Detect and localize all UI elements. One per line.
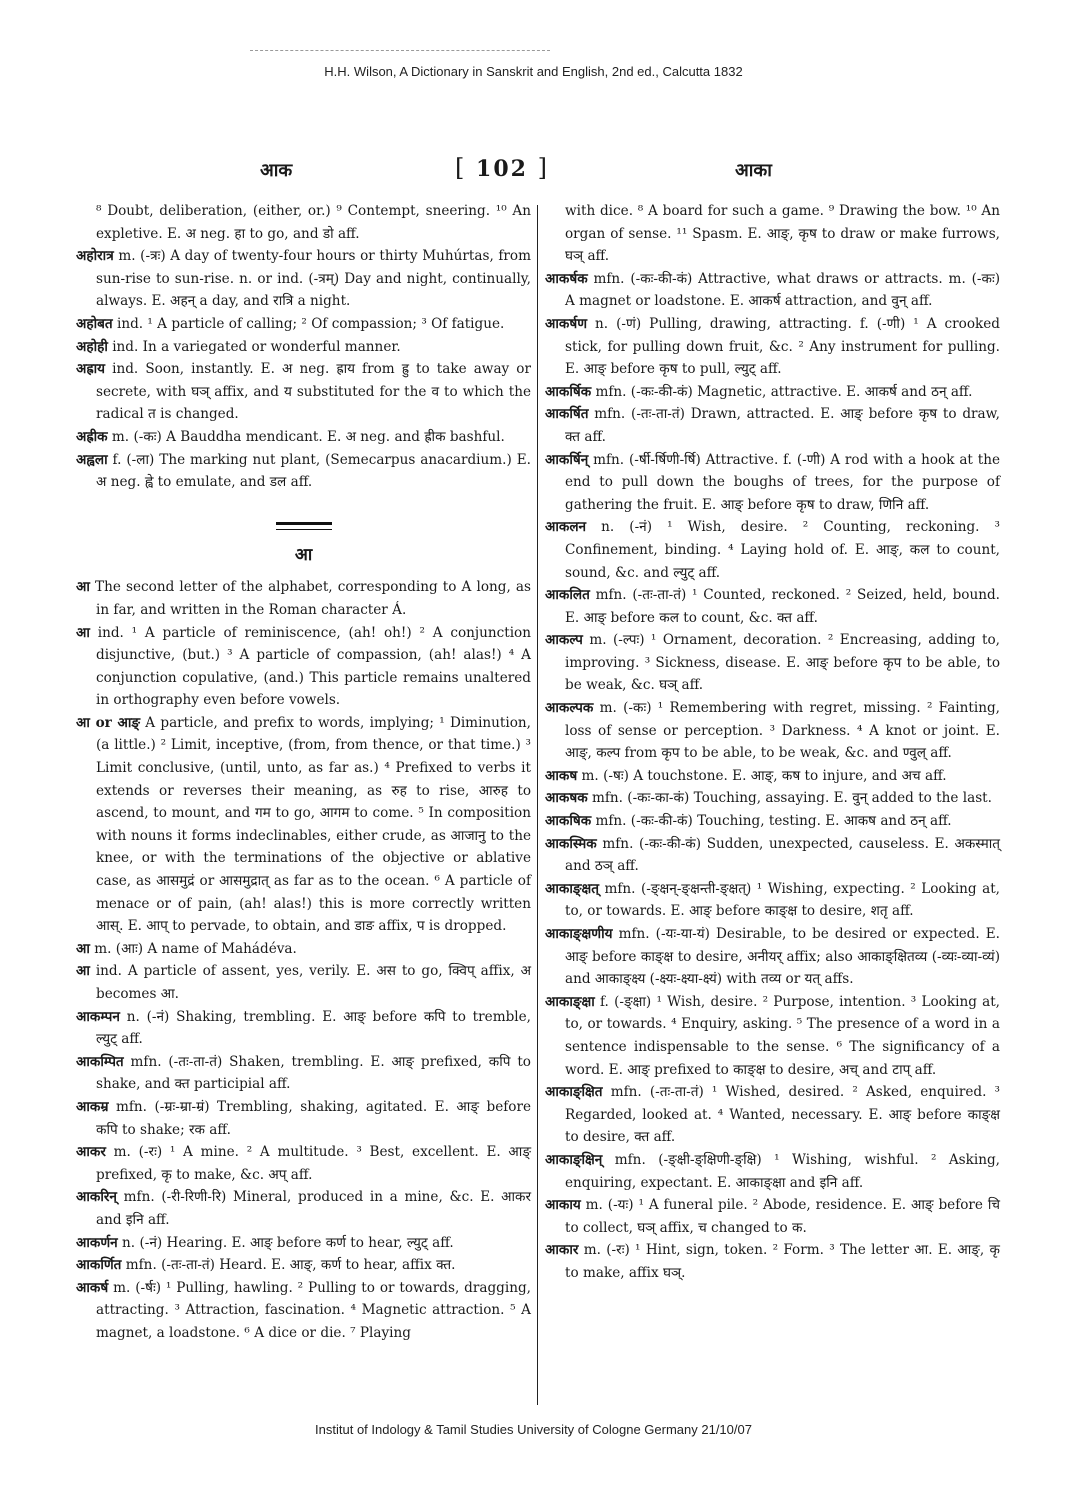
dictionary-entry: आकरिन् mfn. (-री-रिणी-रि) Mineral, produ… [76, 1186, 531, 1231]
section-letter: आ [76, 544, 531, 567]
entry-definition: ind. Soon, instantly. E. अ neg. ह्राय fr… [96, 361, 531, 422]
entry-definition: mfn. (-कः-की-कं) Attractive, what draws … [565, 271, 1000, 310]
entry-definition: mfn. (-म्रः-म्रा-म्रं) Trembling, shakin… [96, 1099, 531, 1138]
dictionary-entry: आकलन n. (-नं) ¹ Wish, desire. ² Counting… [545, 516, 1000, 584]
entry-headword: आकर्षण [545, 316, 587, 332]
entry-headword: आकर्ष [76, 1280, 108, 1296]
dictionary-entry: आकर्षिन् mfn. (-र्षी-र्षिणी-र्षि) Attrac… [545, 449, 1000, 517]
dictionary-entry: आकाङ्क्षिन् mfn. (-ङ्क्षी-ङ्क्षिणी-ङ्क्ष… [545, 1149, 1000, 1194]
dictionary-entry: आकाङ्क्षा f. (-ङ्क्षा) ¹ Wish, desire. ²… [545, 991, 1000, 1081]
dictionary-entry: आकषक mfn. (-कः-का-कं) Touching, assaying… [545, 787, 1000, 810]
entry-definition: mfn. (-कः-की-कं) Magnetic, attractive. E… [595, 384, 972, 400]
entry-headword: आकर्षित [545, 406, 588, 422]
page-number: [ 102 ] [455, 154, 549, 182]
dictionary-entry: अह्वला f. (-ला) The marking nut plant, (… [76, 449, 531, 494]
source-header: H.H. Wilson, A Dictionary in Sanskrit an… [0, 64, 1067, 79]
entry-definition: mfn. (-कः-की-कं) Touching, testing. E. आ… [595, 813, 951, 829]
entry-definition: with dice. ⁸ A board for such a game. ⁹ … [565, 203, 1000, 264]
entry-headword: आकाङ्क्षत् [545, 881, 599, 897]
entry-definition: m. (-ल्पः) ¹ Ornament, decoration. ² Enc… [565, 632, 1000, 693]
entry-headword: आकर्षिन् [545, 452, 588, 468]
dictionary-entry: आकषिक mfn. (-कः-की-कं) Touching, testing… [545, 810, 1000, 833]
entry-definition: n. (-नं) Hearing. E. आङ् before कर्ण to … [122, 1235, 454, 1251]
entry-headword: अहोबत [76, 316, 113, 332]
entry-headword: आकष [545, 768, 577, 784]
dictionary-entry: आकर्षिक mfn. (-कः-की-कं) Magnetic, attra… [545, 381, 1000, 404]
entry-definition: mfn. (-ङ्क्षन्-ङ्क्षन्ती-ङ्क्षत्) ¹ Wish… [565, 881, 1000, 920]
entry-headword: आकल्प [545, 632, 583, 648]
entry-headword: आकषिक [545, 813, 591, 829]
entry-headword: अहोही [76, 339, 108, 355]
entry-definition: m. (-र्षः) ¹ Pulling, hawling. ² Pulling… [96, 1280, 531, 1341]
dictionary-entry: आकर्षण n. (-णं) Pulling, drawing, attrac… [545, 313, 1000, 381]
entry-headword: अह्राय [76, 361, 105, 377]
dictionary-entry: आकर्षक mfn. (-कः-की-कं) Attractive, what… [545, 268, 1000, 313]
entry-headword: आकलित [545, 587, 590, 603]
running-head-right-word: आका [735, 158, 772, 182]
entry-definition: mfn. (-कः-का-कं) Touching, assaying. E. … [592, 790, 992, 806]
entry-headword: आकर्णन [76, 1235, 118, 1251]
entry-definition: m. (-रः) ¹ A mine. ² A multitude. ³ Best… [96, 1144, 531, 1183]
entry-headword: आकस्मिक [545, 836, 597, 852]
dictionary-entry: आकम्पन n. (-नं) Shaking, trembling. E. आ… [76, 1006, 531, 1051]
dictionary-entry: आ m. (आः) A name of Mahádéva. [76, 938, 531, 961]
dictionary-entry: आ The second letter of the alphabet, cor… [76, 576, 531, 621]
right-column: with dice. ⁸ A board for such a game. ⁹ … [545, 200, 1000, 1285]
dictionary-entry: ⁸ Doubt, deliberation, (either, or.) ⁹ C… [76, 200, 531, 245]
dictionary-entry: आकार m. (-रः) ¹ Hint, sign, token. ² For… [545, 1239, 1000, 1284]
dictionary-entry: आकम्पित mfn. (-तः-ता-तं) Shaken, trembli… [76, 1051, 531, 1096]
dictionary-entry: आ ind. A particle of assent, yes, verily… [76, 960, 531, 1005]
entry-headword: आकार [545, 1242, 578, 1258]
dictionary-entry: आकल्प m. (-ल्पः) ¹ Ornament, decoration.… [545, 629, 1000, 697]
entry-headword: आकम्पित [76, 1054, 124, 1070]
running-head-left-word: आक [260, 158, 292, 182]
entry-headword: आकाङ्क्षित [545, 1084, 603, 1100]
top-scan-line [250, 50, 550, 51]
entry-headword: आकाय [545, 1197, 581, 1213]
entry-headword: आकर [76, 1144, 106, 1160]
dictionary-entry: आकर्णित mfn. (-तः-ता-तं) Heard. E. आङ्, … [76, 1254, 531, 1277]
dictionary-entry: आकम्र mfn. (-म्रः-म्रा-म्रं) Trembling, … [76, 1096, 531, 1141]
entry-definition: mfn. (-री-रिणी-रि) Mineral, produced in … [96, 1189, 531, 1228]
entry-definition: ⁸ Doubt, deliberation, (either, or.) ⁹ C… [96, 203, 531, 242]
dictionary-entry: आकाङ्क्षत् mfn. (-ङ्क्षन्-ङ्क्षन्ती-ङ्क्… [545, 878, 1000, 923]
entry-definition: mfn. (-तः-ता-तं) Shaken, trembling. E. आ… [96, 1054, 531, 1093]
dictionary-entry: आकर्णन n. (-नं) Hearing. E. आङ् before क… [76, 1232, 531, 1255]
entry-definition: mfn. (-तः-ता-तं) ¹ Wished, desired. ² As… [565, 1084, 1000, 1145]
dictionary-entry: आकर m. (-रः) ¹ A mine. ² A multitude. ³ … [76, 1141, 531, 1186]
entry-definition: mfn. (-तः-ता-तं) ¹ Counted, reckoned. ² … [565, 587, 1000, 626]
left-entries-after-section: आ The second letter of the alphabet, cor… [76, 576, 531, 1344]
entry-definition: mfn. (-ङ्क्षी-ङ्क्षिणी-ङ्क्षि) ¹ Wishing… [565, 1152, 1000, 1191]
entry-definition: ind. ¹ A particle of calling; ² Of compa… [117, 316, 504, 332]
entry-headword: आकर्णित [76, 1257, 121, 1273]
entry-headword: आकषक [545, 790, 588, 806]
dictionary-entry: आकलित mfn. (-तः-ता-तं) ¹ Counted, reckon… [545, 584, 1000, 629]
entry-definition: m. (-यः) ¹ A funeral pile. ² Abode, resi… [565, 1197, 1000, 1236]
entry-definition: n. (-णं) Pulling, drawing, attracting. f… [565, 316, 1000, 377]
entry-definition: n. (-नं) ¹ Wish, desire. ² Counting, rec… [565, 519, 1000, 580]
running-head: आक [ 102 ] आका [70, 158, 1000, 188]
dictionary-entry: आ ind. ¹ A particle of reminiscence, (ah… [76, 622, 531, 712]
entry-headword: आकल्पक [545, 700, 593, 716]
entry-headword: आ [76, 579, 90, 595]
entry-definition: mfn. (-र्षी-र्षिणी-र्षि) Attractive. f. … [565, 452, 1000, 513]
entry-headword: आकाङ्क्षा [545, 994, 595, 1010]
entry-headword: आकाङ्क्षिन् [545, 1152, 602, 1168]
dictionary-entry: अहोरात्र m. (-त्रः) A day of twenty-four… [76, 245, 531, 313]
dictionary-entry: आकर्ष m. (-र्षः) ¹ Pulling, hawling. ² P… [76, 1277, 531, 1345]
entry-headword: आकम्र [76, 1099, 108, 1115]
entry-definition: mfn. (-कः-की-कं) Sudden, unexpected, cau… [565, 836, 1000, 875]
entry-definition: m. (-षः) A touchstone. E. आङ्, कष to inj… [582, 768, 947, 784]
dictionary-entry: आकल्पक m. (-कः) ¹ Remembering with regre… [545, 697, 1000, 765]
dictionary-entry: अहोबत ind. ¹ A particle of calling; ² Of… [76, 313, 531, 336]
entry-headword: आ [76, 963, 90, 979]
dictionary-entry: आकस्मिक mfn. (-कः-की-कं) Sudden, unexpec… [545, 833, 1000, 878]
section-rule [276, 522, 332, 530]
entry-definition: A particle, and prefix to words, implyin… [96, 715, 531, 934]
entry-headword: आकर्षक [545, 271, 588, 287]
dictionary-entry: with dice. ⁸ A board for such a game. ⁹ … [545, 200, 1000, 268]
entry-definition: ind. ¹ A particle of reminiscence, (ah! … [96, 625, 531, 709]
entry-definition: m. (-रः) ¹ Hint, sign, token. ² Form. ³ … [565, 1242, 1000, 1281]
dictionary-entry: अहोही ind. In a variegated or wonderful … [76, 336, 531, 359]
dictionary-entry: आकाङ्क्षित mfn. (-तः-ता-तं) ¹ Wished, de… [545, 1081, 1000, 1149]
dictionary-entry: आकष m. (-षः) A touchstone. E. आङ्, कष to… [545, 765, 1000, 788]
entry-definition: f. (-ङ्क्षा) ¹ Wish, desire. ² Purpose, … [565, 994, 1000, 1078]
left-column: ⁸ Doubt, deliberation, (either, or.) ⁹ C… [76, 200, 531, 1345]
dictionary-entry: आकाय m. (-यः) ¹ A funeral pile. ² Abode,… [545, 1194, 1000, 1239]
dictionary-entry: अह्रीक m. (-कः) A Bauddha mendicant. E. … [76, 426, 531, 449]
entry-definition: m. (-कः) ¹ Remembering with regret, miss… [565, 700, 1000, 761]
entry-headword: अह्रीक [76, 429, 108, 445]
column-divider [537, 205, 538, 1405]
entry-definition: n. (-नं) Shaking, trembling. E. आङ् befo… [96, 1009, 531, 1048]
dictionary-entry: आ or आङ् A particle, and prefix to words… [76, 712, 531, 938]
entry-definition: m. (आः) A name of Mahádéva. [94, 941, 297, 957]
dictionary-entry: आकाङ्क्षणीय mfn. (-यः-या-यं) Desirable, … [545, 923, 1000, 991]
entry-definition: mfn. (-तः-ता-तं) Heard. E. आङ्, कर्ण to … [126, 1257, 456, 1273]
entry-headword: अहोरात्र [76, 248, 114, 264]
entry-headword: अह्वला [76, 452, 108, 468]
entry-definition: mfn. (-यः-या-यं) Desirable, to be desire… [565, 926, 1000, 987]
entry-headword: आकाङ्क्षणीय [545, 926, 613, 942]
entry-definition: ind. In a variegated or wonderful manner… [112, 339, 400, 355]
entry-headword: आ [76, 941, 90, 957]
dictionary-entry: अह्राय ind. Soon, instantly. E. अ neg. ह… [76, 358, 531, 426]
entry-definition: m. (-कः) A Bauddha mendicant. E. अ neg. … [112, 429, 505, 445]
entry-definition: ind. A particle of assent, yes, verily. … [96, 963, 531, 1002]
entry-headword: आकरिन् [76, 1189, 117, 1205]
entry-headword: आकम्पन [76, 1009, 120, 1025]
entry-headword: आकलन [545, 519, 586, 535]
entry-headword: आ [76, 625, 90, 641]
entry-definition: mfn. (-तः-ता-तं) Drawn, attracted. E. आङ… [565, 406, 1000, 445]
right-entries: with dice. ⁸ A board for such a game. ⁹ … [545, 200, 1000, 1285]
entry-definition: The second letter of the alphabet, corre… [95, 579, 531, 618]
left-entries-before-section: ⁸ Doubt, deliberation, (either, or.) ⁹ C… [76, 200, 531, 494]
dictionary-entry: आकर्षित mfn. (-तः-ता-तं) Drawn, attracte… [545, 403, 1000, 448]
entry-headword: आ or आङ् [76, 715, 140, 731]
entry-headword: आकर्षिक [545, 384, 591, 400]
entry-definition: m. (-त्रः) A day of twenty-four hours or… [96, 248, 531, 309]
footer-credit: Institut of Indology & Tamil Studies Uni… [0, 1422, 1067, 1437]
entry-definition: f. (-ला) The marking nut plant, (Semecar… [96, 452, 531, 491]
